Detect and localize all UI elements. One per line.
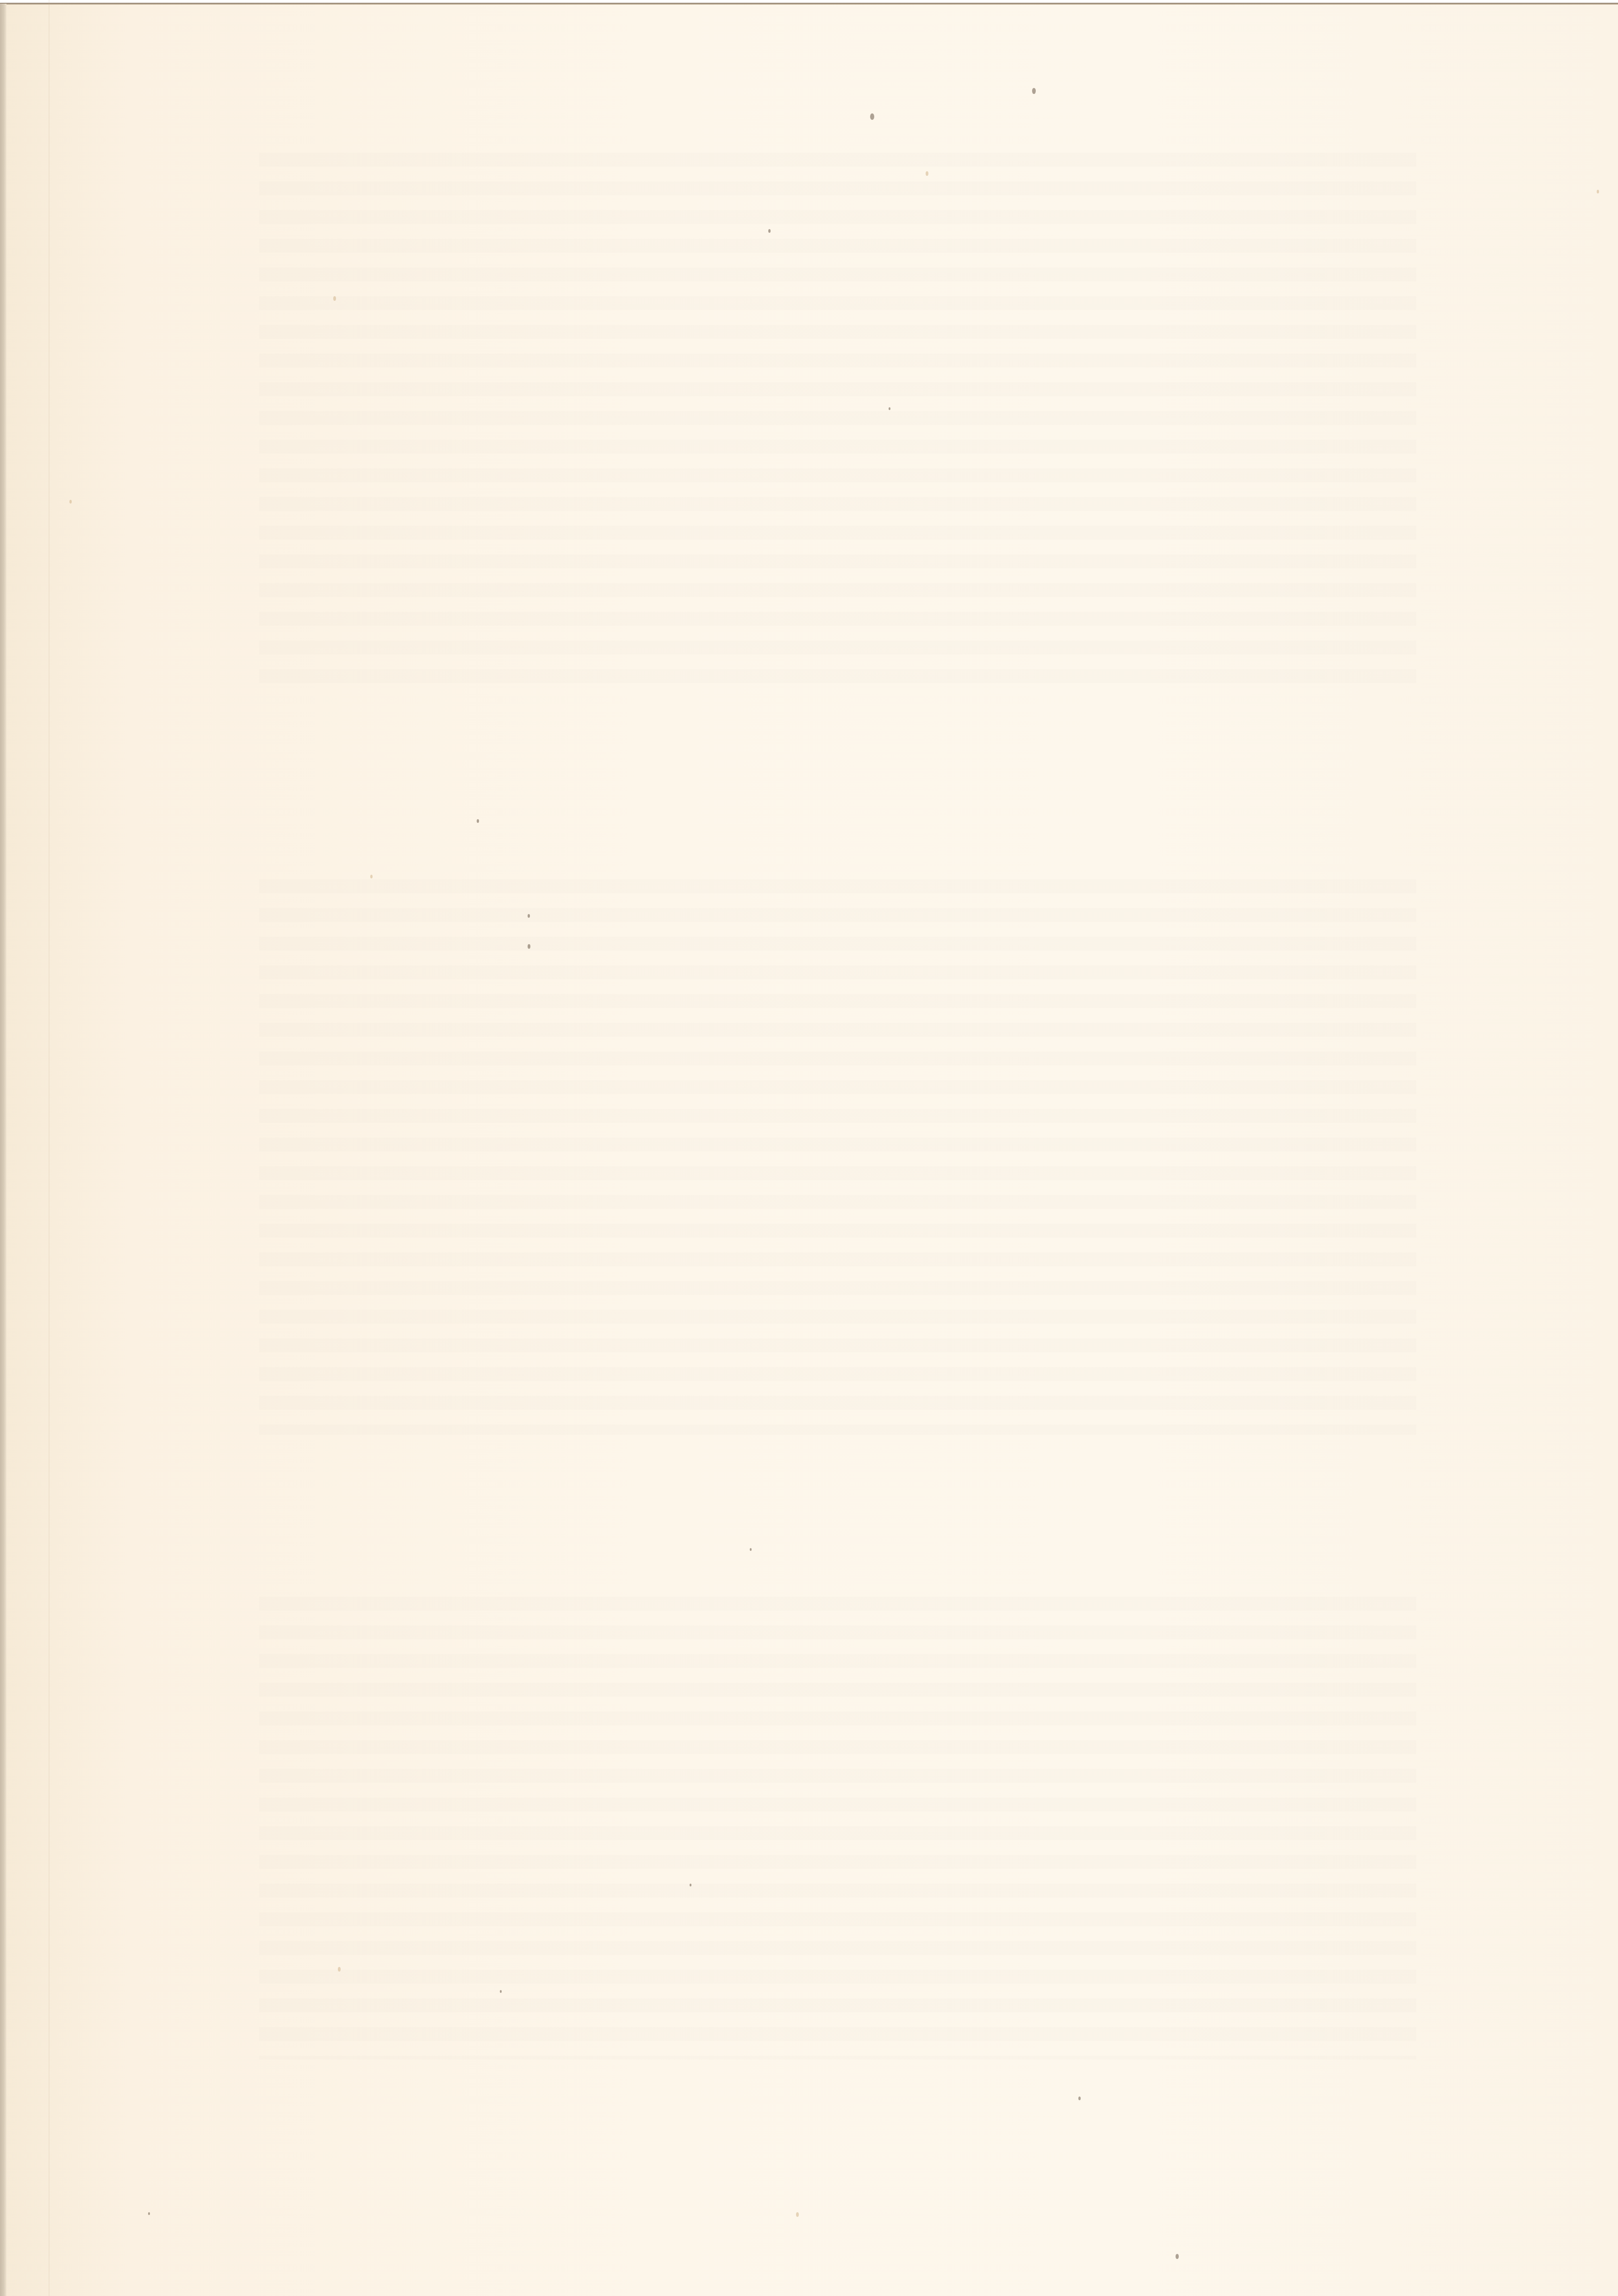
- page-crease: [49, 0, 50, 2296]
- page-top-edge: [0, 0, 1618, 5]
- paper-speck: [528, 944, 530, 949]
- paper-speck: [333, 296, 336, 301]
- paper-speck: [768, 229, 771, 233]
- paper-speck: [370, 875, 373, 878]
- paper-speck: [338, 1967, 341, 1972]
- show-through-area-bottom: [259, 1597, 1416, 2060]
- paper-speck: [1176, 2254, 1179, 2259]
- paper-speck: [796, 2212, 799, 2217]
- paper-speck: [148, 2212, 150, 2215]
- paper-speck: [1032, 88, 1036, 94]
- paper-speck: [528, 914, 530, 918]
- page-left-edge: [0, 4, 6, 2296]
- scanned-page: [0, 0, 1618, 2296]
- paper-speck: [477, 819, 479, 823]
- paper-speck: [1078, 2097, 1081, 2100]
- show-through-area-top: [259, 153, 1416, 685]
- paper-speck: [750, 1548, 752, 1551]
- paper-speck: [1597, 190, 1599, 193]
- show-through-area-middle: [259, 879, 1416, 1435]
- paper-speck: [926, 171, 928, 176]
- paper-speck: [69, 500, 72, 504]
- paper-speck: [870, 113, 874, 120]
